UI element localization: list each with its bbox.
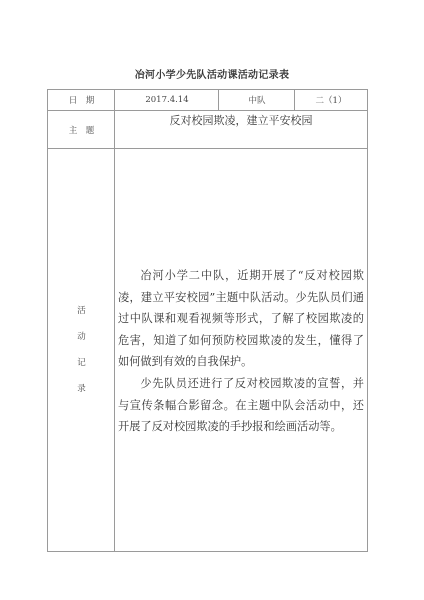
row-divider	[48, 148, 367, 149]
squad-label: 中队	[219, 90, 295, 110]
activity-record-table: 日 期 2017.4.14 中队 二（1） 主 题 反对校园欺凌，建立平安校园 …	[47, 89, 368, 552]
activity-record-body: 冶河小学二中队，近期开展了“反对校园欺凌，建立平安校园”主题中队活动。少先队员们…	[118, 265, 364, 438]
activity-label-char-1: 活	[48, 304, 115, 316]
column-divider	[114, 90, 115, 551]
activity-label-char-3: 记	[48, 356, 115, 368]
date-label: 日 期	[48, 90, 115, 110]
document-title: 冶河小学少先队活动课活动记录表	[0, 66, 424, 81]
theme-value: 反对校园欺凌，建立平安校园	[115, 111, 367, 129]
activity-label-char-4: 录	[48, 382, 115, 394]
squad-value: 二（1）	[295, 90, 367, 110]
theme-label: 主 题	[48, 111, 115, 148]
activity-paragraph-2: 少先队员还进行了反对校园欺凌的宣誓，并与宣传条幅合影留念。在主题中队会活动中，还…	[118, 373, 364, 438]
activity-label-char-2: 动	[48, 330, 115, 342]
date-value: 2017.4.14	[115, 90, 219, 110]
activity-paragraph-1: 冶河小学二中队，近期开展了“反对校园欺凌，建立平安校园”主题中队活动。少先队员们…	[118, 265, 364, 373]
